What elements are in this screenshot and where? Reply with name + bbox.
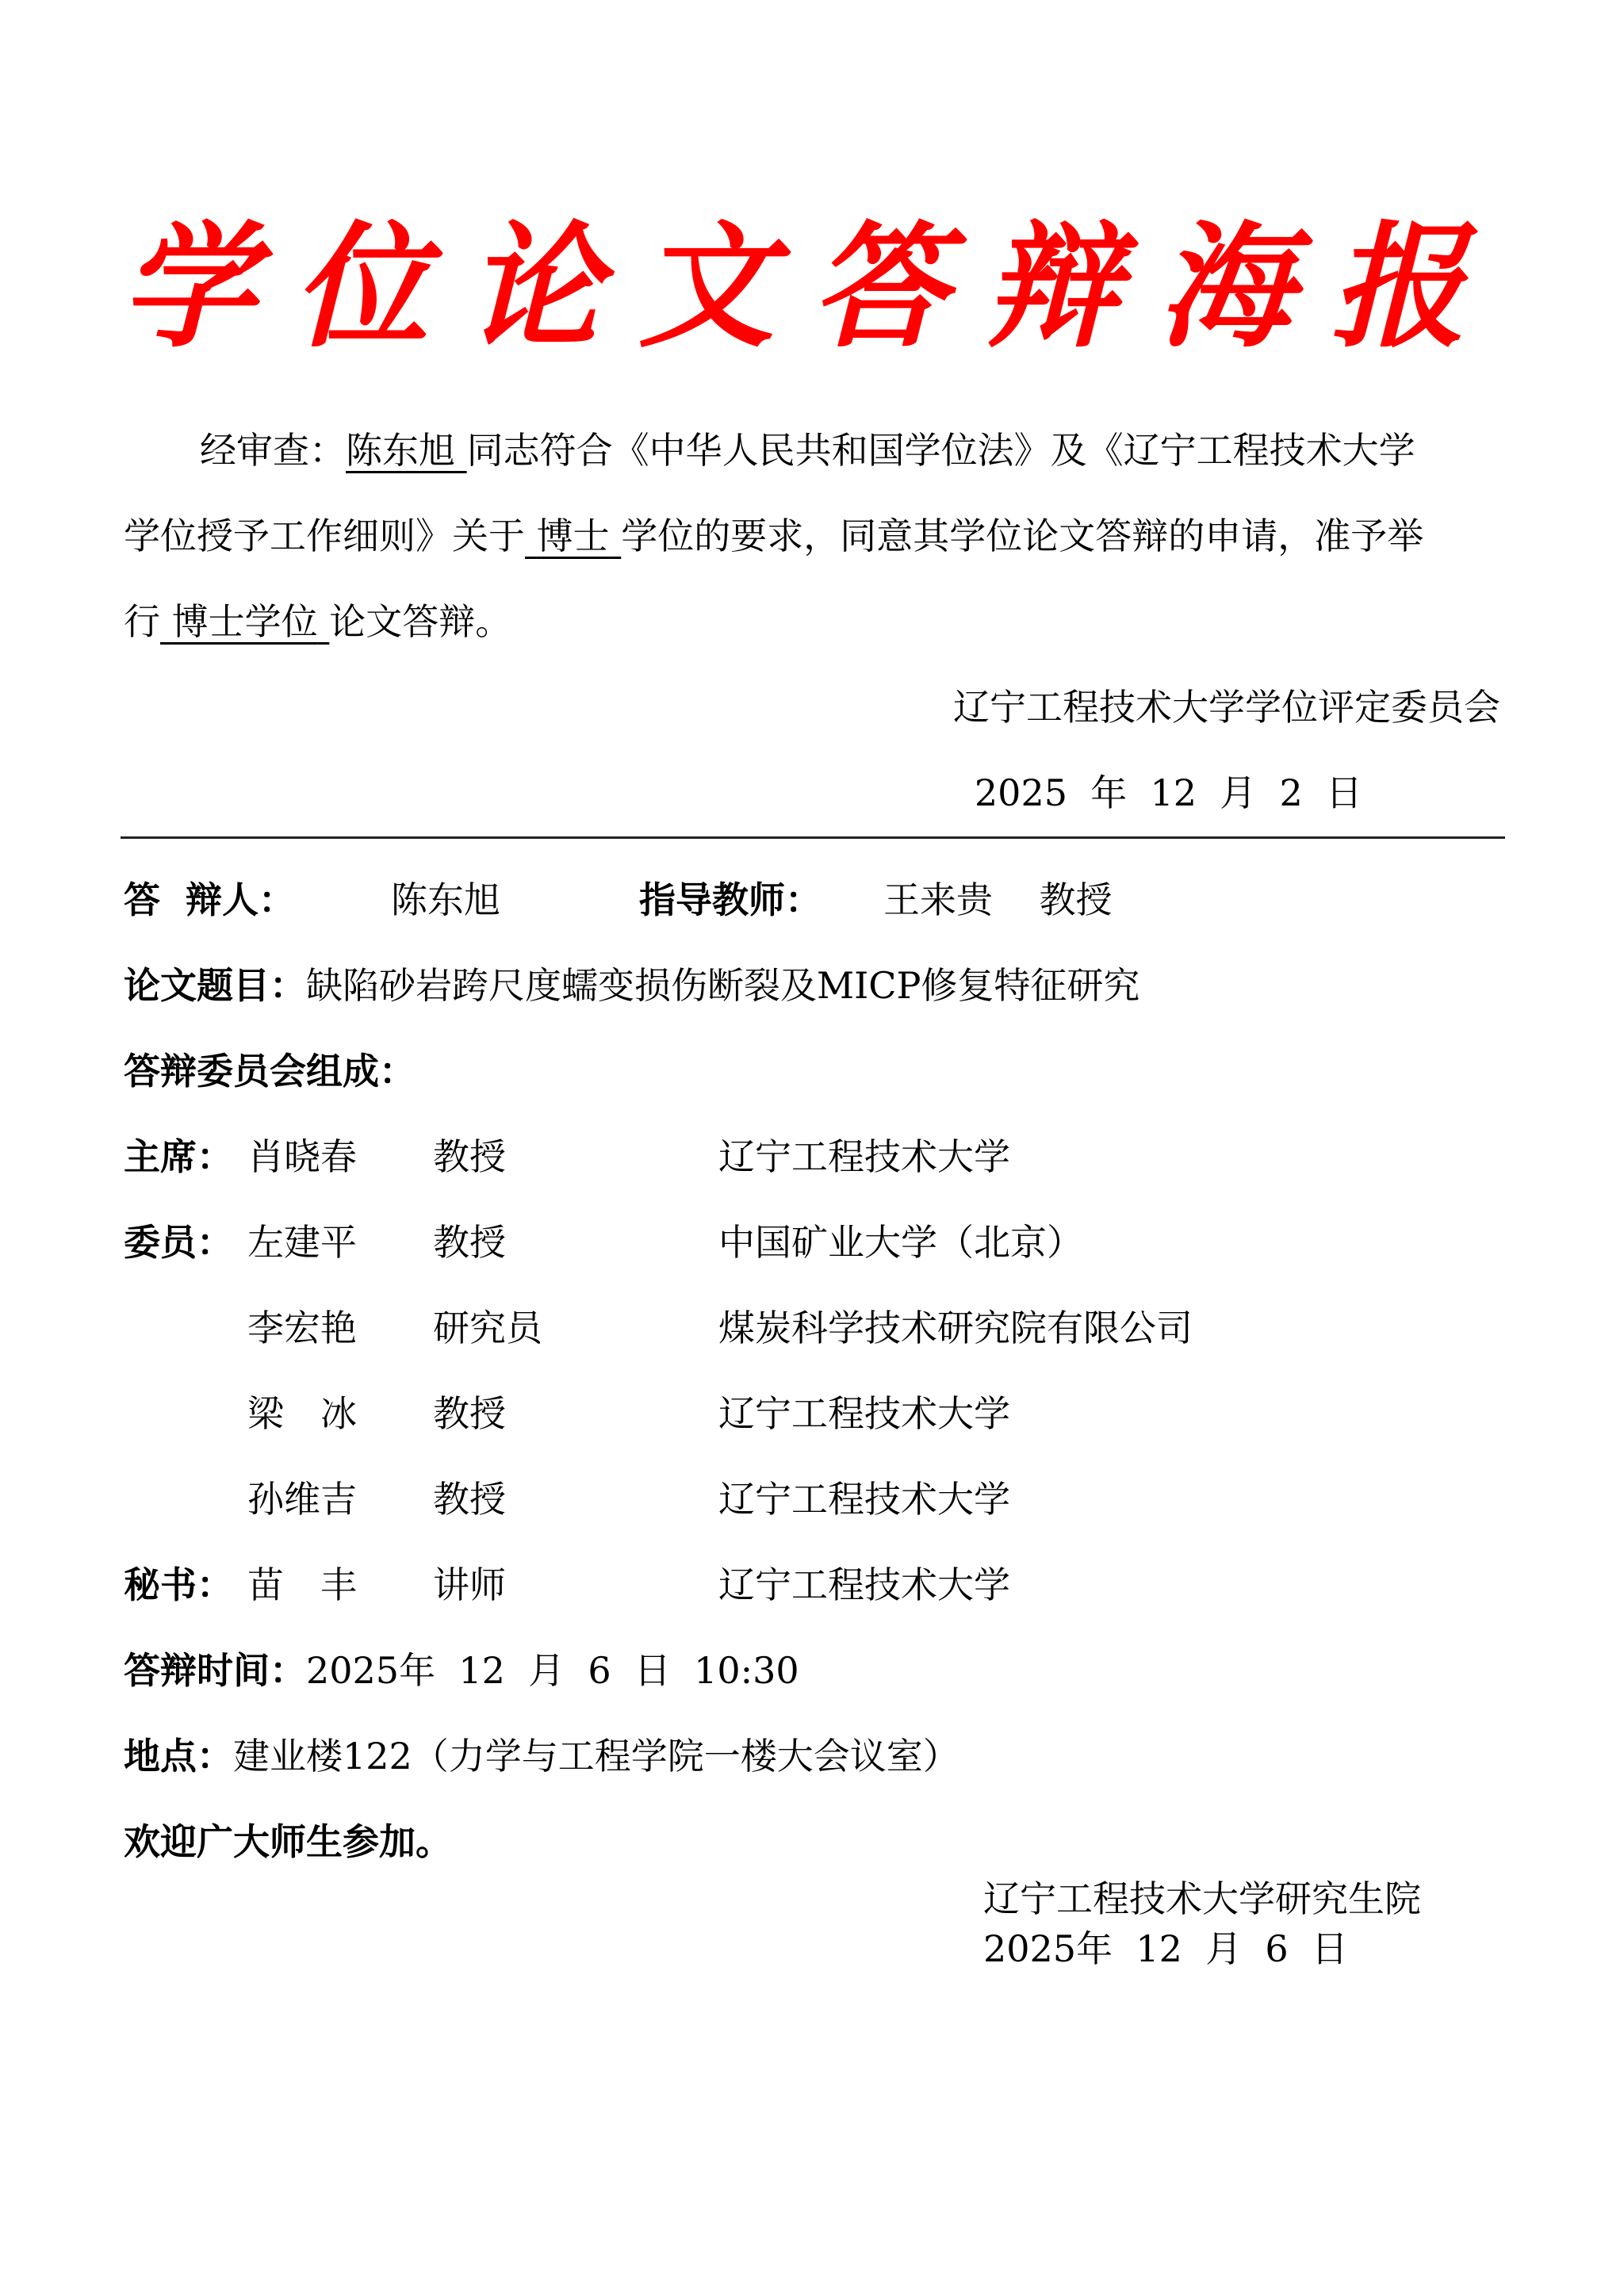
committee-member-name: 李宏艳 bbox=[247, 1304, 357, 1352]
committee-member-org: 辽宁工程技术大学 bbox=[718, 1475, 1010, 1523]
committee-member-name: 左建平 bbox=[247, 1219, 357, 1266]
poster-title: 学位论文答辩海报 bbox=[0, 208, 1624, 366]
defense-time-row: 答辩时间：2025年 12 月 6 日 10:30 bbox=[124, 1647, 799, 1694]
notice-line3-suffix: 论文答辩。 bbox=[329, 600, 511, 643]
defense-place-value: 建业楼122（力学与工程学院一楼大会议室） bbox=[233, 1735, 959, 1777]
committee-label: 答辩委员会组成： bbox=[124, 1047, 416, 1095]
notice-line2-prefix: 学位授予工作细则》关于 bbox=[124, 515, 525, 557]
notice-line-3: 行 博士学位 论文答辩。 bbox=[124, 598, 511, 645]
defense-time-value: 2025年 12 月 6 日 10:30 bbox=[306, 1649, 799, 1692]
committee-member-title: 教授 bbox=[433, 1390, 506, 1437]
candidate-name-blank: 陈东旭 bbox=[346, 429, 467, 472]
thesis-row: 论文题目：缺陷砂岩跨尺度蠕变损伤断裂及MICP修复特征研究 bbox=[124, 962, 1139, 1009]
defender-name: 陈东旭 bbox=[391, 876, 500, 924]
notice-line1-suffix: 同志符合《中华人民共和国学位法》及《辽宁工程技术大学 bbox=[467, 429, 1415, 472]
committee-role: 委员： bbox=[124, 1219, 233, 1266]
defense-time-label: 答辩时间： bbox=[124, 1649, 306, 1692]
notice-line2-suffix: 学位的要求，同意其学位论文答辩的申请，准予举 bbox=[621, 515, 1423, 557]
committee-member-title: 研究员 bbox=[433, 1304, 542, 1352]
defense-place-row: 地点：建业楼122（力学与工程学院一楼大会议室） bbox=[124, 1732, 959, 1780]
committee-member-title: 教授 bbox=[433, 1219, 506, 1266]
committee-role: 主席： bbox=[124, 1133, 233, 1181]
thesis-title: 缺陷砂岩跨尺度蠕变损伤断裂及MICP修复特征研究 bbox=[306, 964, 1139, 1007]
degree-full-blank: 博士学位 bbox=[160, 600, 329, 643]
advisor-name: 王来贵 教授 bbox=[883, 876, 1113, 924]
footer-org: 辽宁工程技术大学研究生院 bbox=[983, 1875, 1421, 1923]
divider bbox=[121, 836, 1505, 839]
committee-member-title: 教授 bbox=[433, 1133, 506, 1181]
notice-line3-prefix: 行 bbox=[124, 600, 160, 643]
welcome-text: 欢迎广大师生参加。 bbox=[124, 1818, 452, 1865]
degree-type: 博士 bbox=[537, 515, 610, 557]
committee-member-name: 孙维吉 bbox=[247, 1475, 357, 1523]
issue-date: 2025 年 12 月 2 日 bbox=[975, 769, 1362, 817]
committee-role: 秘书： bbox=[124, 1561, 233, 1609]
committee-member-title: 讲师 bbox=[433, 1561, 506, 1609]
degree-full: 博士学位 bbox=[172, 600, 318, 643]
notice-prefix: 经审查： bbox=[200, 429, 346, 472]
candidate-name: 陈东旭 bbox=[346, 429, 455, 472]
committee-member-name: 肖晓春 bbox=[247, 1133, 357, 1181]
committee-member-org: 辽宁工程技术大学 bbox=[718, 1390, 1010, 1437]
committee-member-org: 辽宁工程技术大学 bbox=[718, 1561, 1010, 1609]
defender-label: 答 辩人： bbox=[124, 876, 295, 924]
degree-blank: 博士 bbox=[525, 515, 621, 557]
committee-member-org: 煤炭科学技术研究院有限公司 bbox=[718, 1304, 1193, 1352]
committee-member-name: 梁 冰 bbox=[247, 1390, 357, 1437]
committee-member-org: 中国矿业大学（北京） bbox=[718, 1219, 1083, 1266]
committee-member-name: 苗 丰 bbox=[247, 1561, 357, 1609]
notice-line-2: 学位授予工作细则》关于 博士 学位的要求，同意其学位论文答辩的申请，准予举 bbox=[124, 512, 1423, 560]
committee-member-org: 辽宁工程技术大学 bbox=[718, 1133, 1010, 1181]
notice-line-1: 经审查：陈东旭 同志符合《中华人民共和国学位法》及《辽宁工程技术大学 bbox=[200, 427, 1415, 474]
issuer: 辽宁工程技术大学学位评定委员会 bbox=[953, 683, 1500, 731]
advisor-label: 指导教师： bbox=[639, 876, 822, 924]
defense-place-label: 地点： bbox=[124, 1735, 233, 1777]
committee-member-title: 教授 bbox=[433, 1475, 506, 1523]
thesis-label: 论文题目： bbox=[124, 964, 306, 1007]
footer-date: 2025年 12 月 6 日 bbox=[983, 1925, 1348, 1973]
